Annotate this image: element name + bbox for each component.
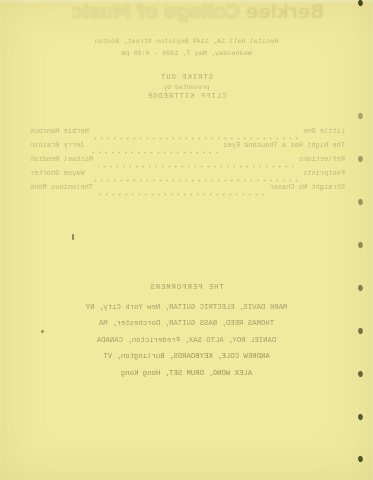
mirrored-print-layer: Berklee College of Music Recital Hall 1A… xyxy=(0,0,373,480)
composer-credit: Michael Rendish xyxy=(30,156,93,164)
stray-ink-speck xyxy=(41,330,44,333)
show-title: STRIKE OUT xyxy=(0,74,373,82)
piece-title: Footprints xyxy=(303,170,345,178)
venue-line: Recital Hall 1A, 1140 Boylston Street, B… xyxy=(0,38,373,46)
piece-title: Reflections xyxy=(299,156,345,164)
piece-title: Straight No Chaser xyxy=(269,184,345,192)
scanned-program-page: Berklee College of Music Recital Hall 1A… xyxy=(0,0,373,480)
stray-ink-speck xyxy=(72,234,74,240)
dotted-leader xyxy=(90,179,298,182)
program-row: Little One Herbie Hancock xyxy=(30,128,345,142)
composer-credit: Thelonious Monk xyxy=(30,184,93,192)
program-row: The Night Has a Thousand Eyes Jerry Brai… xyxy=(30,142,345,156)
performers-heading: THE PERFORMERS xyxy=(0,284,373,292)
program-list: Little One Herbie Hancock The Night Has … xyxy=(30,128,345,198)
program-row: Reflections Michael Rendish xyxy=(30,156,345,170)
program-row: Footprints Wayne Shorter xyxy=(30,170,345,184)
dotted-leader xyxy=(94,137,298,140)
performer-credit-line: MARK DAVIS, ELECTRIC GUITAR, New York Ci… xyxy=(0,300,373,316)
dotted-leader xyxy=(98,165,294,168)
composer-credit: Wayne Shorter xyxy=(30,170,85,178)
presented-by-line: presented by xyxy=(0,84,373,91)
logo-bold-text: Berklee xyxy=(246,1,324,23)
piece-title: The Night Has a Thousand Eyes xyxy=(223,142,345,150)
composer-credit: Jerry Brainin xyxy=(30,142,85,150)
berklee-logo: Berklee College of Music xyxy=(12,1,373,23)
date-line: Wednesday, May 7, 1986 - 4:00 pm xyxy=(0,50,373,58)
performer-credit-line: ALEX WONG, DRUM SET, Hong Kong xyxy=(0,366,373,382)
performers-list: MARK DAVIS, ELECTRIC GUITAR, New York Ci… xyxy=(0,300,373,382)
performer-credit-line: ANDREW COLE, KEYBOARDS, Burlington, VT xyxy=(0,349,373,365)
piece-title: Little One xyxy=(303,128,345,136)
performer-credit-line: DANIEL ROY, ALTO SAX, Fredericton, CANAD… xyxy=(0,333,373,349)
presenter-name: CLIFF KITTREDGE xyxy=(0,93,373,101)
dotted-leader xyxy=(90,151,219,154)
performer-credit-line: THOMAS REED, BASS GUITAR, Dorchester, MA xyxy=(0,316,373,332)
logo-outline-text: College of Music xyxy=(73,1,240,23)
program-row: Straight No Chaser Thelonious Monk xyxy=(30,184,345,198)
dotted-leader xyxy=(98,193,264,196)
composer-credit: Herbie Hancock xyxy=(30,128,89,136)
